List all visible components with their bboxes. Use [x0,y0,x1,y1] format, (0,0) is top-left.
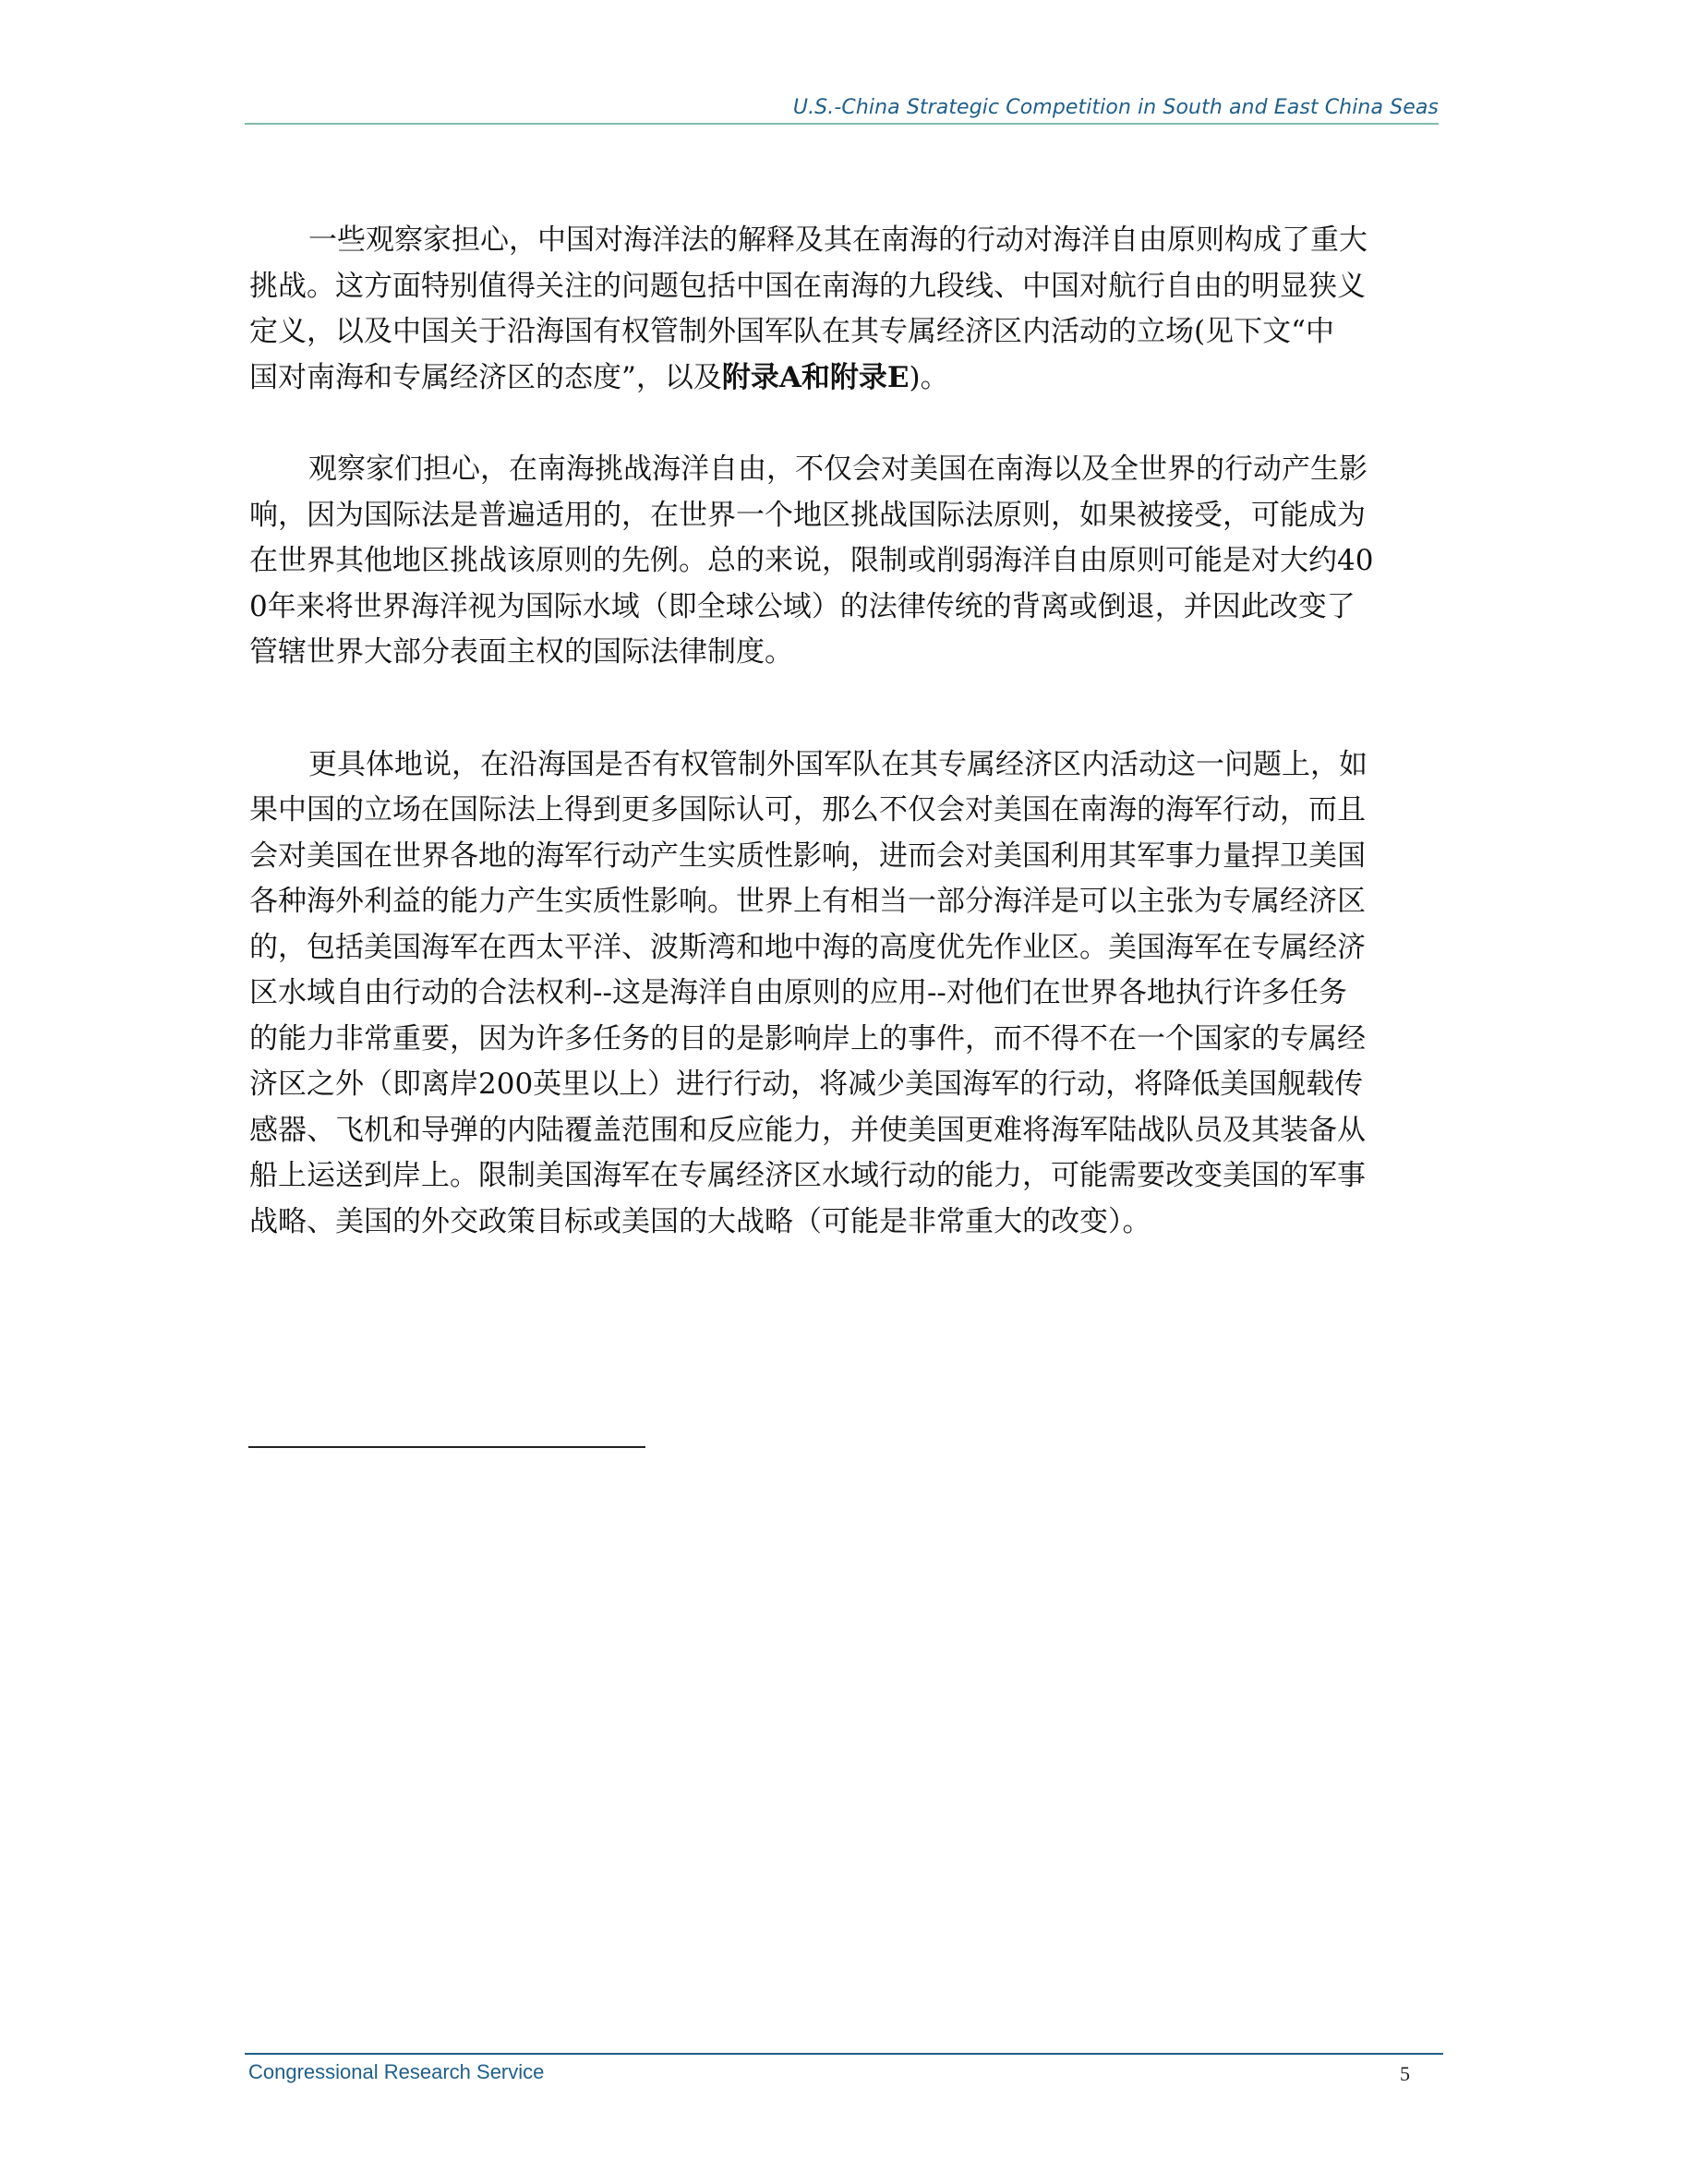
text-line: 的，包括美国海军在西太平洋、波斯湾和地中海的高度优先作业区。美国海军在专属经济 [249,925,1440,971]
document-page: U.S.-China Strategic Competition in Sout… [0,0,1687,2184]
running-header: U.S.-China Strategic Competition in Sout… [245,92,1439,126]
text-line: 更具体地说，在沿海国是否有权管制外国军队在其专属经济区内活动这一问题上，如 [249,742,1440,789]
body-text: 一些观察家担心，中国对海洋法的解释及其在南海的行动对海洋自由原则构成了重大 挑战… [249,218,1440,1245]
text-line: 响，因为国际法是普遍适用的，在世界一个地区挑战国际法原则，如果被接受，可能成为 [249,493,1440,539]
document-title: U.S.-China Strategic Competition in Sout… [793,96,1439,119]
text-line: 一些观察家担心，中国对海洋法的解释及其在南海的行动对海洋自由原则构成了重大 [249,218,1440,264]
footer-rule [245,2053,1443,2055]
text-line: 各种海外利益的能力产生实质性影响。世界上有相当一部分海洋是可以主张为专属经济区 [249,879,1440,925]
text-line: 战略、美国的外交政策目标或美国的大战略（可能是非常重大的改变）。 [249,1200,1440,1246]
text-line: 观察家们担心，在南海挑战海洋自由，不仅会对美国在南海以及全世界的行动产生影 [249,447,1440,493]
paragraph-2: 观察家们担心，在南海挑战海洋自由，不仅会对美国在南海以及全世界的行动产生影 响，… [249,447,1440,676]
text-line: 的能力非常重要，因为许多任务的目的是影响岸上的事件，而不得不在一个国家的专属经 [249,1017,1440,1063]
footnote-separator [248,1446,645,1448]
page-number: 5 [1400,2062,1410,2086]
text-line: 会对美国在世界各地的海军行动产生实质性影响，进而会对美国利用其军事力量捍卫美国 [249,834,1440,880]
text-line: 感器、飞机和导弹的内陆覆盖范围和反应能力，并使美国更难将海军陆战队员及其装备从 [249,1108,1440,1154]
text-line: 在世界其他地区挑战该原则的先例。总的来说，限制或削弱海洋自由原则可能是对大约40 [249,538,1440,585]
text-line: 区水域自由行动的合法权利--这是海洋自由原则的应用--对他们在世界各地执行许多任… [249,971,1440,1017]
text-line-last: 国对南海和专属经济区的态度”，以及附录A和附录E)。 [249,356,1440,402]
text-segment: )。 [910,361,949,394]
text-line: 船上运送到岸上。限制美国海军在专属经济区水域行动的能力，可能需要改变美国的军事 [249,1153,1440,1200]
appendix-reference[interactable]: 附录A和附录E [722,361,910,394]
paragraph-3: 更具体地说，在沿海国是否有权管制外国军队在其专属经济区内活动这一问题上，如 果中… [249,742,1440,1246]
text-segment: 国对南海和专属经济区的态度”，以及 [249,361,722,394]
paragraph-1: 一些观察家担心，中国对海洋法的解释及其在南海的行动对海洋自由原则构成了重大 挑战… [249,218,1440,401]
text-line: 果中国的立场在国际法上得到更多国际认可，那么不仅会对美国在南海的海军行动，而且 [249,788,1440,834]
text-line: 管辖世界大部分表面主权的国际法律制度。 [249,630,1440,676]
organization-name: Congressional Research Service [248,2060,544,2084]
text-line: 济区之外（即离岸200英里以上）进行行动，将减少美国海军的行动，将降低美国舰载传 [249,1062,1440,1108]
running-footer: Congressional Research Service 5 [245,2053,1443,2090]
header-rule [245,123,1439,125]
text-line: 0年来将世界海洋视为国际水域（即全球公域）的法律传统的背离或倒退，并因此改变了 [249,585,1440,631]
text-line: 定义，以及中国关于沿海国有权管制外国军队在其专属经济区内活动的立场(见下文“中 [249,309,1440,356]
text-line: 挑战。这方面特别值得关注的问题包括中国在南海的九段线、中国对航行自由的明显狭义 [249,264,1440,310]
